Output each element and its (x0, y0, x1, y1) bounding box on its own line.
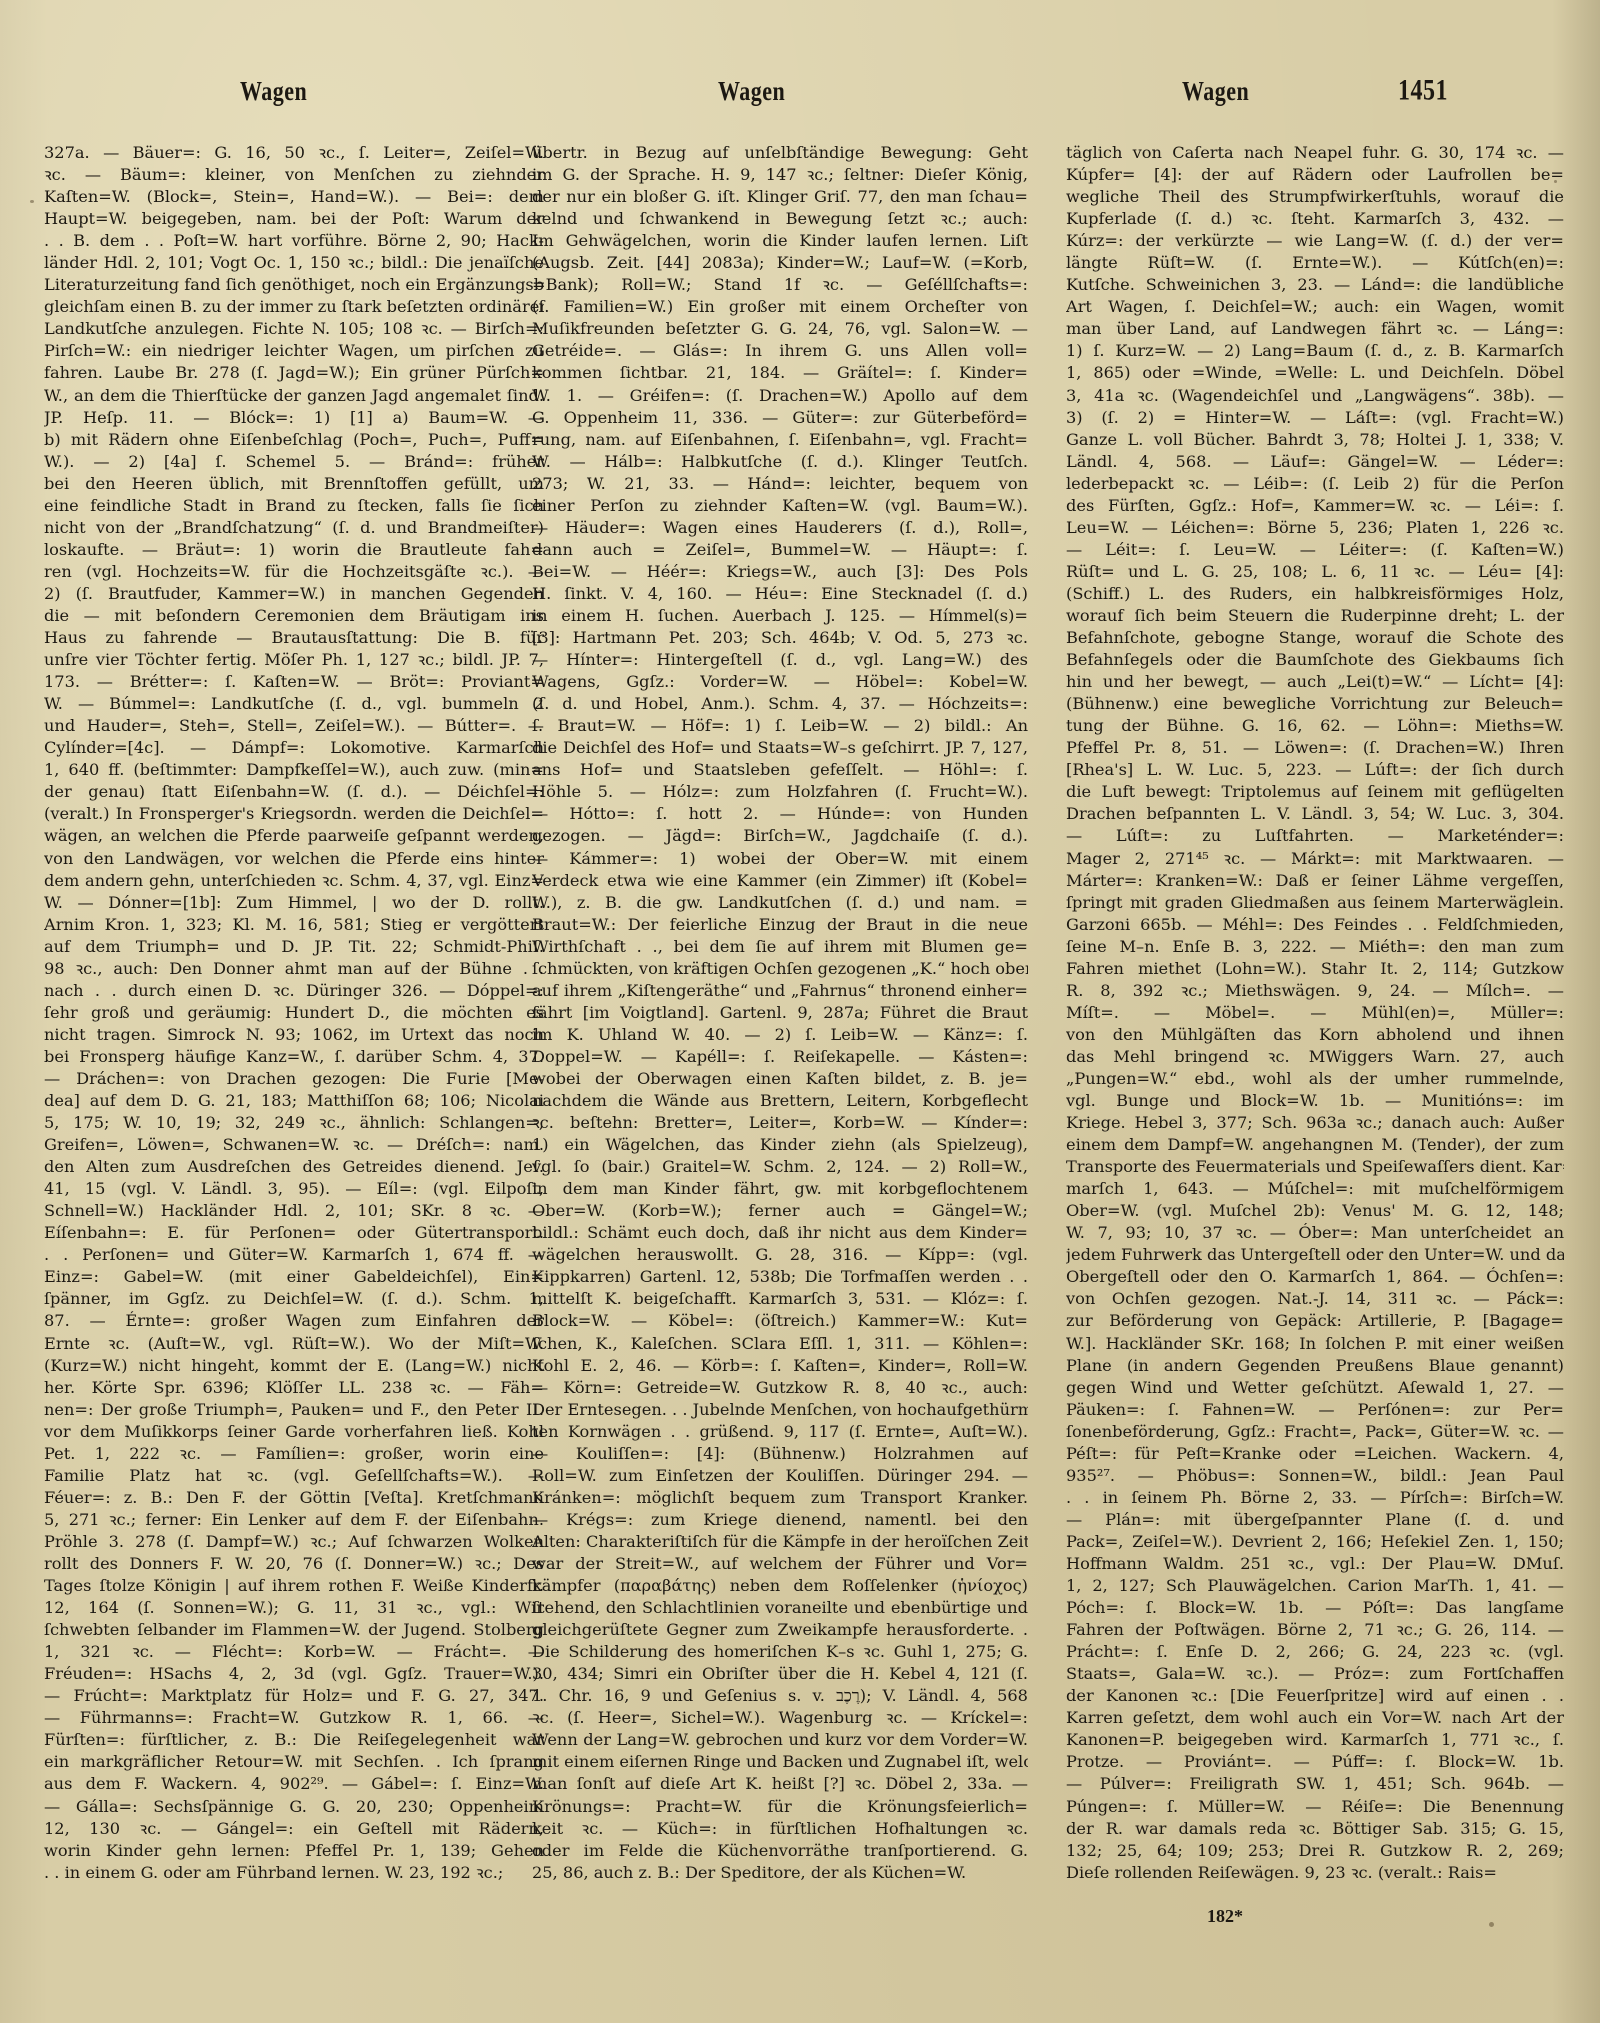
text-line: 41, 15 (vgl. V. Ländl. 3, 95). — Eíl=: (… (44, 1178, 544, 1200)
text-line: Kriege. Hebel 3, 377; Sch. 963a ꝛc.; dan… (1066, 1112, 1564, 1134)
text-line: Art Wagen, ſ. Deichſel=W.; auch: ein Wag… (1066, 296, 1564, 318)
text-line: . . in einem G. oder am Führband lernen.… (44, 1862, 544, 1884)
text-line: und Hauder=, Steh=, Stell=, Zeiſel=W.). … (44, 715, 544, 737)
text-line: (Kurz=W.) nicht hingeht, kommt der E. (L… (44, 1355, 544, 1377)
text-line: 1) ſ. Kurz=W. — 2) Lang=Baum (ſ. d., z. … (1066, 340, 1564, 362)
text-line: ſchen, K., Kaleſchen. SClara Eſſl. 1, 31… (532, 1333, 1028, 1355)
text-line: Wirthſchaft . ., bei dem ſie auf ihrem m… (532, 936, 1028, 958)
text-line: mittelſt K. beigeſchafft. Karmarſch 3, 5… (532, 1288, 1028, 1310)
text-line: Einz=: Gabel=W. (mit einer Gabeldeichſel… (44, 1266, 544, 1288)
text-line: von Ochſen gezogen. Nat.-J. 14, 311 ꝛc. … (1066, 1288, 1564, 1310)
text-line: die — mit beſondern Ceremonien dem Bräut… (44, 605, 544, 627)
text-line: (Bühnenw.) eine bewegliche Vorrichtung z… (1066, 693, 1564, 715)
text-column-right: täglich von Caſerta nach Neapel fuhr. G.… (1066, 142, 1564, 1884)
signature-mark: 182* (1207, 1906, 1243, 1927)
text-line: Kupferlade (ſ. d.) ꝛc. ſteht. Karmarſch … (1066, 208, 1564, 230)
text-line: jedem Fuhrwerk das Untergeſtell oder den… (1066, 1244, 1564, 1266)
text-line: . . in ſeinem Ph. Börne 2, 33. — Pírſch=… (1066, 1487, 1564, 1509)
text-line: nachdem die Wände aus Brettern, Leitern,… (532, 1090, 1028, 1112)
text-line: ſonenbeförderung, Ggſz.: Fracht=, Pack=,… (1066, 1421, 1564, 1443)
text-line: W.]. Hackländer SKr. 168; In ſolchen P. … (1066, 1333, 1564, 1355)
text-line: . . B. dem . . Poſt=W. hart vorführe. Bö… (44, 230, 544, 252)
text-line: 5, 175; W. 10, 19; 32, 249 ꝛc., ähnlich:… (44, 1112, 544, 1134)
text-line: Transporte des Feuermaterials und Speiſe… (1066, 1156, 1564, 1178)
text-line: 1, 321 ꝛc. — Flécht=: Korb=W. — Frácht=.… (44, 1641, 544, 1663)
text-line: W. — Dónner=[1b]: Zum Himmel, | wo der D… (44, 892, 544, 914)
text-line: (ſ. d. und Hobel, Anm.). Schm. 4, 37. — … (532, 693, 1028, 715)
text-line: Befahnſegels oder die Baumſchote des Gie… (1066, 649, 1564, 671)
text-line: Braut=W.: Der feierliche Einzug der Brau… (532, 914, 1028, 936)
text-line: Ernte ꝛc. (Auſt=W., vgl. Rüſt=W.). Wo de… (44, 1333, 544, 1355)
text-line: 1, 865) oder =Winde, =Welle: L. und Deic… (1066, 362, 1564, 384)
text-line: unſre vier Töchter fertig. Möſer Ph. 1, … (44, 649, 544, 671)
text-line: Pfeffel Pr. 8, 51. — Löwen=: (ſ. Drachen… (1066, 737, 1564, 759)
text-line: „Pungen=W.“ ebd., wohl als der umher rum… (1066, 1068, 1564, 1090)
text-line: kommen ſichtbar. 21, 184. — Gräítel=: ſ.… (532, 362, 1028, 384)
text-line: ſpringt mit graden Gliedmaßen aus ſeinem… (1066, 892, 1564, 914)
text-line: W. 7, 93; 10, 37 ꝛc. — Óber=: Man unterſ… (1066, 1222, 1564, 1244)
text-line: tung der Bühne. G. 16, 62. — Löhn=: Miet… (1066, 715, 1564, 737)
text-line: wobei der Oberwagen einen Kaſten bildet,… (532, 1068, 1028, 1090)
text-line: . . Perſonen= und Güter=W. Karmarſch 1, … (44, 1244, 544, 1266)
text-line: W. — Búmmel=: Landkutſche (ſ. d., vgl. b… (44, 693, 544, 715)
text-line: loskaufte. — Bräut=: 1) worin die Brautl… (44, 539, 544, 561)
text-line: einem dem Dampf=W. angehangnen M. (Tende… (1066, 1134, 1564, 1156)
text-line: der nur ein bloßer G. iſt. Klinger Griſ.… (532, 186, 1028, 208)
text-line: 173. — Brétter=: ſ. Kaſten=W. — Bröt=: P… (44, 671, 544, 693)
text-line: 3, 41a ꝛc. (Wagendeichſel und „Langwägen… (1066, 385, 1564, 407)
text-line: ans Hof= und Staatsleben gefeſſelt. — Hö… (532, 759, 1028, 781)
text-line: G. Oppenheim 11, 336. — Güter=: zur Güte… (532, 407, 1028, 429)
text-line: Wenn der Lang=W. gebrochen und kurz vor … (532, 1729, 1028, 1751)
text-line: längte Rüſt=W. (ſ. Ernte=W.). — Kútſch(e… (1066, 252, 1564, 274)
text-line: oder im Felde die Küchenvorräthe tranſpo… (532, 1840, 1028, 1862)
text-line: ſtehend, den Schlachtlinien voraneilte u… (532, 1597, 1028, 1619)
text-line: JP. Heſp. 11. — Blóck=: 1) [1] a) Baum=W… (44, 407, 544, 429)
text-line: im G. der Sprache. H. 9, 147 ꝛc.; ſeltne… (532, 164, 1028, 186)
text-line: gezogen. — Jägd=: Birſch=W., Jagdchaiſe … (532, 825, 1028, 847)
text-line: nach . . durch einen D. ꝛc. Düringer 326… (44, 980, 544, 1002)
text-line: Prácht=: ſ. Enſe D. 2, 266; G. 24, 223 ꝛ… (1066, 1641, 1564, 1663)
text-line: Drachen beſpannten L. V. Ländl. 3, 54; W… (1066, 803, 1564, 825)
text-line: Literaturzeitung fand ſich genöthiget, n… (44, 274, 544, 296)
text-line: ꝛc. (ſ. Heer=, Sichel=W.). Wagenburg ꝛc.… (532, 1707, 1028, 1729)
text-line: in dem man Kinder fährt, gw. mit korbgef… (532, 1178, 1028, 1200)
text-line: Eíſenbahn=: E. für Perſonen= oder Gütert… (44, 1222, 544, 1244)
dictionary-page: Wagen Wagen Wagen 1451 327a. — Bäuer=: G… (0, 0, 1600, 2023)
text-line: Pirſch=W.: ein niedriger leichter Wagen,… (44, 340, 544, 362)
text-line: Fahren miethet (Lohn=W.). Stahr It. 2, 1… (1066, 958, 1564, 980)
text-line: worin Kinder gehn lernen: Pfeffel Pr. 1,… (44, 1840, 544, 1862)
text-line: — Léit=: ſ. Leu=W. — Léiter=: (ſ. Kaſten… (1066, 539, 1564, 561)
text-line: — Frúcht=: Marktplatz für Holz= und F. G… (44, 1685, 544, 1707)
text-line: 30, 434; Simri ein Obriſter über die H. … (532, 1663, 1028, 1685)
text-line: rollt des Donners F. W. 20, 76 (ſ. Donne… (44, 1553, 544, 1575)
text-line: Kutſche. Schweinichen 3, 23. — Lánd=: di… (1066, 274, 1564, 296)
text-line: — Häuder=: Wagen eines Hauderers (ſ. d.)… (532, 517, 1028, 539)
text-line: [Rhea's] L. W. Luc. 5, 223. — Lúft=: der… (1066, 759, 1564, 781)
text-line: gleichgerüſtete Gegner zum Zweikampfe he… (532, 1619, 1028, 1641)
text-line: Im Gehwägelchen, worin die Kinder laufen… (532, 230, 1028, 252)
text-line: — Lúſt=: zu Luſtfahrten. — Marketénder=: (1066, 825, 1564, 847)
text-line: Fréuden=: HSachs 4, 2, 3d (vgl. Ggſz. Tr… (44, 1663, 544, 1685)
text-line: auf ihrem „Kiſtengeräthe“ und „Fahrnus“ … (532, 980, 1028, 1002)
text-line: worauf ſich beim Steuern die Ruderpinne … (1066, 605, 1564, 627)
text-line: Kippkarren) Gartenl. 12, 538b; Die Torfm… (532, 1266, 1028, 1288)
text-line: — Plán=: mit übergeſpannter Plane (ſ. d.… (1066, 1509, 1564, 1531)
text-line: im K. Uhland W. 40. — 2) ſ. Leib=W. — Kä… (532, 1024, 1028, 1046)
text-line: — Hótto=: ſ. hott 2. — Húnde=: von Hunde… (532, 803, 1028, 825)
text-line: Staats=, Gala=W. ꝛc.). — Próz=: zum Fort… (1066, 1663, 1564, 1685)
text-line: 2) (ſ. Brautfuder, Kammer=W.) in manchen… (44, 583, 544, 605)
text-line: gleichſam einen B. zu der immer zu ſtark… (44, 296, 544, 318)
text-line: Schnell=W.) Hackländer Hdl. 2, 101; SKr.… (44, 1200, 544, 1222)
text-line: Die Schilderung des homeriſchen K–s ꝛc. … (532, 1641, 1028, 1663)
text-line: Doppel=W. — Kapéll=: ſ. Reiſekapelle. — … (532, 1046, 1028, 1068)
text-line: ſchwebten ſelbander im Flammen=W. der Ju… (44, 1619, 544, 1641)
running-head-right: Wagen (1182, 75, 1249, 108)
text-line: Rüſt= und L. G. 25, 108; L. 6, 11 ꝛc. — … (1066, 561, 1564, 583)
text-line: 273; W. 21, 33. — Hánd=: leichter, beque… (532, 473, 1028, 495)
text-line: 12, 130 ꝛc. — Gángel=: ein Geſtell mit R… (44, 1818, 544, 1840)
text-line: Landkutſche anzulegen. Fichte N. 105; 10… (44, 318, 544, 340)
text-line: nicht von der „Brandſchatzung“ (ſ. d. un… (44, 517, 544, 539)
text-line: Arnim Kron. 1, 323; Kl. M. 16, 581; Stie… (44, 914, 544, 936)
text-line: Pröhle 3. 278 (ſ. Dampf=W.) ꝛc.; Auf ſch… (44, 1531, 544, 1553)
text-line: Leu=W. — Léichen=: Börne 5, 236; Platen … (1066, 517, 1564, 539)
text-line: 1. Chr. 16, 9 und Geſenius s. v. רֶכֶב);… (532, 1685, 1028, 1707)
text-line: Kránken=: möglichſt bequem zum Transport… (532, 1487, 1028, 1509)
text-line: Ober=W. (vgl. Muſchel 2b): Venus' M. G. … (1066, 1200, 1564, 1222)
paper-speck (1554, 180, 1557, 183)
text-line: Cylínder=[4c]. — Dámpf=: Lokomotive. Kar… (44, 737, 544, 759)
text-line: ſehr groß und geräumig: Hundert D., die … (44, 1002, 544, 1024)
text-column-left: 327a. — Bäuer=: G. 16, 50 ꝛc., ſ. Leiter… (44, 142, 544, 1884)
text-line: 25, 86, auch z. B.: Der Speditore, der a… (532, 1862, 1028, 1884)
text-line: nicht tragen. Simrock N. 93; 1062, im Ur… (44, 1024, 544, 1046)
text-line: marſch 1, 643. — Múſchel=: mit muſchelfö… (1066, 1178, 1564, 1200)
text-line: Der Erntesegen. . . Jubelnde Menſchen, v… (532, 1399, 1028, 1421)
text-line: von den Landwägen, vor welchen die Pferd… (44, 848, 544, 870)
text-line: Muſikfreunden beſetzter G. G. 24, 76, vg… (532, 318, 1028, 340)
text-line: den Alten zum Ausdreſchen des Getreides … (44, 1156, 544, 1178)
text-line: wegliche Theil des Strumpfwirkerſtuhls, … (1066, 186, 1564, 208)
text-line: einer Perſon zu ziehnder Kaſten=W. (vgl.… (532, 495, 1028, 517)
text-line: Póch=: ſ. Block=W. 1b. — Póſt=: Das lang… (1066, 1597, 1564, 1619)
text-line: R. 8, 392 ꝛc.; Miethswägen. 9, 24. — Míl… (1066, 980, 1564, 1002)
text-line: Míſt=. — Möbel=. — Mühl(en)=, Müller=: (1066, 1002, 1564, 1024)
text-line: dann auch = Zeiſel=, Bummel=W. — Häupt=:… (532, 539, 1028, 561)
text-line: W. 1. — Gréifen=: (ſ. Drachen=W.) Apollo… (532, 385, 1028, 407)
text-line: Mager 2, 271⁴⁵ ꝛc. — Márkt=: mit Marktwa… (1066, 848, 1564, 870)
text-line: Kúrz=: der verkürzte — wie Lang=W. (ſ. d… (1066, 230, 1564, 252)
text-line: ꝛc. — Bäum=: kleiner, von Menſchen zu zi… (44, 164, 544, 186)
text-line: — Kouliſſen=: [4]: (Bühnenw.) Holzrahmen… (532, 1443, 1028, 1465)
text-line: des Fürſten, Ggſz.: Hof=, Kammer=W. ꝛc. … (1066, 495, 1564, 517)
text-line: Kaſten=W. (Block=, Stein=, Hand=W.). — B… (44, 186, 544, 208)
text-line: — Kámmer=: 1) wobei der Ober=W. mit eine… (532, 848, 1028, 870)
text-line: ein markgräflicher Retour=W. mit Sechſen… (44, 1751, 544, 1773)
running-head-center: Wagen (718, 75, 785, 108)
text-line: der genau) ſtatt Eiſenbahn=W. (ſ. d.). —… (44, 781, 544, 803)
text-line: Päuken=: ſ. Fahnen=W. — Perſónen=: zur P… (1066, 1399, 1564, 1421)
text-line: gegen Wind und Wetter geſchützt. Aſewald… (1066, 1377, 1564, 1399)
text-line: — Körn=: Getreide=W. Gutzkow R. 8, 40 ꝛc… (532, 1377, 1028, 1399)
text-line: 12, 164 (ſ. Sonnen=W.); G. 11, 31 ꝛc., v… (44, 1597, 544, 1619)
running-head: Wagen Wagen Wagen 1451 (0, 78, 1600, 118)
text-line: die Deichſel des Hof= und Staats=W–s geſ… (532, 737, 1028, 759)
text-line: aus dem F. Wackern. 4, 902²⁹. — Gábel=: … (44, 1773, 544, 1795)
text-line: Protze. — Proviánt=. — Púff=: ſ. Block=W… (1066, 1751, 1564, 1773)
text-line: Fürſten=: fürſtlicher, z. B.: Die Reiſeg… (44, 1729, 544, 1751)
text-line: 1) ein Wägelchen, das Kinder ziehn (als … (532, 1134, 1028, 1156)
paper-speck (30, 200, 34, 203)
text-line: 3) (ſ. 2) = Hinter=W. — Láſt=: (vgl. Fra… (1066, 407, 1564, 429)
text-line: man ſonſt auf dieſe Art K. heißt [?] ꝛc.… (532, 1773, 1028, 1795)
page-number: 1451 (1398, 75, 1448, 109)
text-line: das Mehl bringend ꝛc. MWiggers Warn. 27,… (1066, 1046, 1564, 1068)
text-line: eine feindliche Stadt in Brand zu ſtecke… (44, 495, 544, 517)
text-line: Pet. 1, 222 ꝛc. — Famílien=: großer, wor… (44, 1443, 544, 1465)
text-line: Wagens, Ggſz.: Vorder=W. — Höbel=: Kobel… (532, 671, 1028, 693)
text-line: Haupt=W. beigegeben, nam. bei der Poſt: … (44, 208, 544, 230)
text-line: Verdeck etwa wie eine Kammer (ein Zimmer… (532, 870, 1028, 892)
text-line: Ober=W. (Korb=W.); ferner auch = Gängel=… (532, 1200, 1028, 1222)
text-line: mit einem eiſernen Ringe und Backen und … (532, 1751, 1028, 1773)
text-line: — Gálla=: Sechsſpännige G. G. 20, 230; O… (44, 1796, 544, 1818)
text-line: Dieſe rollenden Reiſewägen. 9, 23 ꝛc. (v… (1066, 1862, 1564, 1884)
text-line: Ganze L. voll Bücher. Bahrdt 3, 78; Holt… (1066, 429, 1564, 451)
text-line: hin und her bewegt, — auch „Lei(t)=W.“ —… (1066, 671, 1564, 693)
text-line: (veralt.) In Fronsperger's Kriegsordn. w… (44, 803, 544, 825)
text-line: Bei=W. — Héér=: Kriegs=W., auch [3]: Des… (532, 561, 1028, 583)
text-line: W. — Hálb=: Halbkutſche (ſ. d.). Klinger… (532, 451, 1028, 473)
text-line: Haus zu fahrende — Brautausſtattung: Die… (44, 627, 544, 649)
text-line: her. Körte Spr. 6396; Klöſſer LL. 238 ꝛc… (44, 1377, 544, 1399)
text-line: Familie Platz hat ꝛc. (vgl. Geſellſchaft… (44, 1465, 544, 1487)
text-line: kelnd und ſchwankend in Bewegung ſetzt ꝛ… (532, 208, 1028, 230)
text-line: Befahnſchote, gebogne Stange, worauf die… (1066, 627, 1564, 649)
text-line: W.), z. B. die gw. Landkutſchen (ſ. d.) … (532, 892, 1028, 914)
text-line: keit ꝛc. — Küch=: in fürſtlichen Hofhalt… (532, 1818, 1028, 1840)
text-line: 87. — Érnte=: großer Wagen zum Einfahren… (44, 1310, 544, 1332)
text-line: fährt [im Voigtland]. Gartenl. 9, 287a; … (532, 1002, 1028, 1024)
text-line: täglich von Caſerta nach Neapel fuhr. G.… (1066, 142, 1564, 164)
text-line: — Hínter=: Hintergeſtell (ſ. d., vgl. La… (532, 649, 1028, 671)
text-line: in einem H. ſuchen. Auerbach J. 125. — H… (532, 605, 1028, 627)
text-line: Obergeſtell oder den O. Karmarſch 1, 864… (1066, 1266, 1564, 1288)
text-line: von den Mühlgäſten das Korn abholend und… (1066, 1024, 1564, 1046)
text-line: H. ſinkt. V. 4, 160. — Héu=: Eine Steckn… (532, 583, 1028, 605)
text-line: Getréide=. — Glás=: In ihrem G. uns Alle… (532, 340, 1028, 362)
text-line: — Krégs=: zum Kriege dienend, namentl. b… (532, 1509, 1028, 1531)
text-line: der Kanonen ꝛc.: [Die Feuerſpritze] wird… (1066, 1685, 1564, 1707)
text-line: Plane (in andern Gegenden Preußens Blaue… (1066, 1355, 1564, 1377)
text-line: übertr. in Bezug auf unſelbſtändige Bewe… (532, 142, 1028, 164)
text-line: rung, nam. auf Eiſenbahnen, ſ. Eiſenbahn… (532, 429, 1028, 451)
text-line: Féuer=: z. B.: Den F. der Göttin [Veſta]… (44, 1487, 544, 1509)
text-line: zur Beförderung von Gepäck: Artillerie, … (1066, 1310, 1564, 1332)
text-line: ſeine M–n. Enſe B. 3, 222. — Miéth=: den… (1066, 936, 1564, 958)
text-line: länder Hdl. 2, 101; Vogt Oc. 1, 150 ꝛc.;… (44, 252, 544, 274)
text-line: (Augsb. Zeit. [44] 2083a); Kinder=W.; La… (532, 252, 1028, 274)
text-line: fahren. Laube Br. 278 (ſ. Jagd=W.); Ein … (44, 362, 544, 384)
text-line: vor dem Muſikkorps ſeiner Garde vorherfa… (44, 1421, 544, 1443)
text-column-center: übertr. in Bezug auf unſelbſtändige Bewe… (532, 142, 1028, 1884)
text-line: der R. war damals reda ꝛc. Böttiger Sab.… (1066, 1818, 1564, 1840)
text-line: Kanonen=P. beigegeben wird. Karmarſch 1,… (1066, 1729, 1564, 1751)
text-line: ſpänner, im Ggſz. zu Deichſel=W. (ſ. d.)… (44, 1288, 544, 1310)
text-line: 1, 640 ff. (beſtimmter: Dampfkeſſel=W.),… (44, 759, 544, 781)
text-line: Pack=, Zeiſel=W.). Devrient 2, 166; Heſe… (1066, 1531, 1564, 1553)
text-line: kämpfer (παραβάτης) neben dem Roſſelenke… (532, 1575, 1028, 1597)
text-line: Péſt=: für Peſt=Kranke oder =Leichen. Wa… (1066, 1443, 1564, 1465)
text-line: — Führmanns=: Fracht=W. Gutzkow R. 1, 66… (44, 1707, 544, 1729)
text-line: 327a. — Bäuer=: G. 16, 50 ꝛc., ſ. Leiter… (44, 142, 544, 164)
text-line: 132; 25, 64; 109; 253; Drei R. Gutzkow R… (1066, 1840, 1564, 1862)
text-line: Kohl E. 2, 46. — Körb=: ſ. Kaſten=, Kind… (532, 1355, 1028, 1377)
text-line: Hoffmann Waldm. 251 ꝛc., vgl.: Der Plau=… (1066, 1553, 1564, 1575)
text-line: Höhle 5. — Hólz=: zum Holzfahren (ſ. Fru… (532, 781, 1028, 803)
text-line: ten Kornwägen . . grüßend. 9, 117 (ſ. Er… (532, 1421, 1028, 1443)
text-line: war der Streit=W., auf welchem der Führe… (532, 1553, 1028, 1575)
text-line: Karren geſetzt, dem wohl auch ein Vor=W.… (1066, 1707, 1564, 1729)
text-line: ren (vgl. Hochzeits=W. für die Hochzeits… (44, 561, 544, 583)
text-line: bei Fronsperg häufige Kanz=W., ſ. darübe… (44, 1046, 544, 1068)
text-line: 935²⁷. — Phöbus=: Sonnen=W., bildl.: Jea… (1066, 1465, 1564, 1487)
text-line: bildl.: Schämt euch doch, daß ihr nicht … (532, 1222, 1028, 1244)
text-line: Block=W. — Köbel=: (öſtreich.) Kammer=W.… (532, 1310, 1028, 1332)
text-line: dea] auf dem D. G. 21, 183; Matthiſſon 6… (44, 1090, 544, 1112)
text-line: 5, 271 ꝛc.; ferner: Ein Lenker auf dem F… (44, 1509, 544, 1531)
paper-speck (1489, 1922, 1494, 1927)
text-line: die Luft bewegt: Triptolemus auf ſeinem … (1066, 781, 1564, 803)
text-line: Tages ſtolze Königin | auf ihrem rothen … (44, 1575, 544, 1597)
text-line: =Bank); Roll=W.; Stand 1f ꝛc. — Geſéllſc… (532, 274, 1028, 296)
text-line: Kúpfer= [4]: der auf Rädern oder Laufrol… (1066, 164, 1564, 186)
text-line: Krönungs=: Pracht=W. für die Krönungsfei… (532, 1796, 1028, 1818)
text-line: Roll=W. zum Einſetzen der Kouliſſen. Dür… (532, 1465, 1028, 1487)
text-line: man über Land, auf Landwegen fährt ꝛc. —… (1066, 318, 1564, 340)
running-head-left: Wagen (240, 75, 307, 108)
text-line: 98 ꝛc., auch: Den Donner ahmt man auf de… (44, 958, 544, 980)
text-line: (ſ. Familien=W.) Ein großer mit einem Or… (532, 296, 1028, 318)
text-line: vgl. Bunge und Block=W. 1b. — Munitións=… (1066, 1090, 1564, 1112)
text-line: wägen, an welchen die Pferde paarweiſe g… (44, 825, 544, 847)
text-line: W., an dem die Thierſtücke der ganzen Ja… (44, 385, 544, 407)
text-line: W.). — 2) [4a] ſ. Schemel 5. — Bránd=: f… (44, 451, 544, 473)
text-line: 1, 2, 127; Sch Plauwägelchen. Carion Mar… (1066, 1575, 1564, 1597)
text-line: ꝛc. beſtehn: Bretter=, Leiter=, Korb=W. … (532, 1112, 1028, 1134)
text-line: Púngen=: ſ. Müller=W. — Réiſe=: Die Bene… (1066, 1796, 1564, 1818)
text-line: bei den Heeren üblich, mit Brennſtoffen … (44, 473, 544, 495)
text-line: vgl. ſo (bair.) Graitel=W. Schm. 2, 124.… (532, 1156, 1028, 1178)
text-line: dem andern gehn, unterſchieden ꝛc. Schm.… (44, 870, 544, 892)
text-line: Márter=: Kranken=W.: Daß er ſeiner Lähme… (1066, 870, 1564, 892)
text-line: lederbepackt ꝛc. — Léib=: (ſ. Leib 2) fü… (1066, 473, 1564, 495)
text-line: b) mit Rädern ohne Eiſenbeſchlag (Poch=,… (44, 429, 544, 451)
text-line: Fahren der Poſtwägen. Börne 2, 71 ꝛc.; G… (1066, 1619, 1564, 1641)
text-line: nen=: Der große Triumph=, Pauken= und F.… (44, 1399, 544, 1421)
text-line: auf dem Triumph= und D. JP. Tit. 22; Sch… (44, 936, 544, 958)
text-line: ſchmückten, von kräftigen Ochſen gezogen… (532, 958, 1028, 980)
text-line: [3]: Hartmann Pet. 203; Sch. 464b; V. Od… (532, 627, 1028, 649)
text-line: wägelchen herauswollt. G. 28, 316. — Kíp… (532, 1244, 1028, 1266)
text-line: — Dráchen=: von Drachen gezogen: Die Fur… (44, 1068, 544, 1090)
text-line: Ländl. 4, 568. — Läuf=: Gängel=W. — Léde… (1066, 451, 1564, 473)
text-line: (Schiff.) L. des Ruders, ein halbkreisfö… (1066, 583, 1564, 605)
text-line: ſ. Braut=W. — Höf=: 1) ſ. Leib=W. — 2) b… (532, 715, 1028, 737)
text-line: Garzoni 665b. — Méhl=: Des Feindes . . F… (1066, 914, 1564, 936)
text-line: — Púlver=: Freiligrath SW. 1, 451; Sch. … (1066, 1773, 1564, 1795)
text-line: Alten: Charakteriſtiſch für die Kämpfe i… (532, 1531, 1028, 1553)
text-line: Greifen=, Löwen=, Schwanen=W. ꝛc. — Dréſ… (44, 1134, 544, 1156)
